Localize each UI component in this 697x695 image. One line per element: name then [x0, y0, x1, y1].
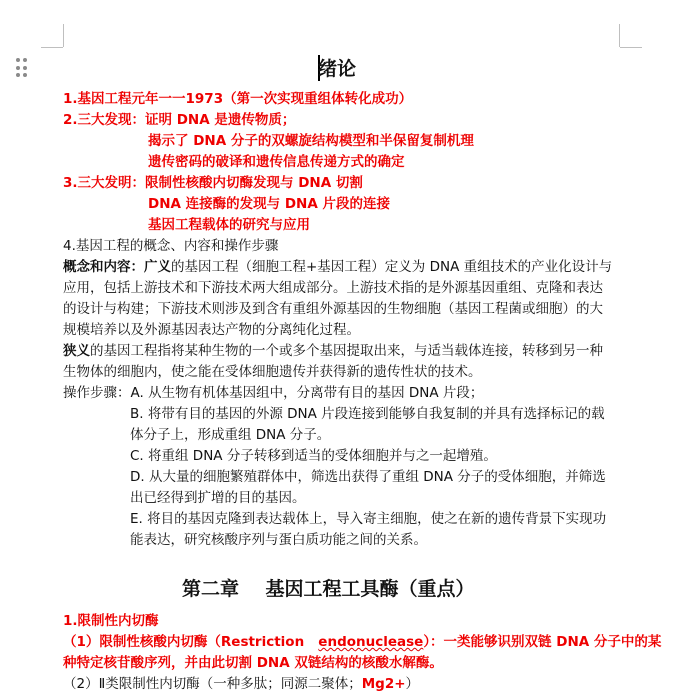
page-crop-mark-top-left	[41, 47, 63, 48]
steps-label: 操作步骤：	[63, 385, 131, 401]
paragraph-line: 的基因工程（细胞工程+基因工程）定义为 DNA 重组技术的产业化设计与	[171, 259, 612, 275]
page-crop-mark-top-left	[63, 24, 64, 47]
narrow-label: 狭义	[63, 343, 90, 359]
broad-label: 广义	[144, 259, 171, 275]
step-b: B. 将带有目的基因的外源 DNA 片段连接到能够自我复制的并具有选择标记的载	[130, 404, 605, 424]
spellcheck-word[interactable]: endonuclease	[318, 634, 423, 650]
paragraph-line: 生物体的细胞内，使之能在受体细胞遗传并获得新的遗传性状的技术。	[63, 362, 482, 382]
paragraph-text: ）	[406, 676, 420, 692]
paragraph-text: ）：一类能够识别双链 DNA 分子中的某	[423, 634, 661, 650]
ch2-paragraph-2: （2）Ⅱ类限制性内切酶（一种多肽；同源二聚体；Mg2+）	[63, 674, 419, 694]
paragraph-line: 规模培养以及外源基因表达产物的分离纯化过程。	[63, 320, 360, 340]
ch2-paragraph-1: （1）限制性核酸内切酶（Restriction endonuclease）：一类…	[63, 632, 661, 652]
steps-line: 操作步骤：A. 从生物有机体基因组中，分离带有目的基因 DNA 片段；	[63, 383, 483, 403]
page-crop-mark-top-right	[620, 47, 642, 48]
paragraph-text: （2）Ⅱ类限制性内切酶（一种多肽；同源二聚体；	[63, 676, 362, 692]
step-d: D. 从大量的细胞繁殖群体中，筛选出获得了重组 DNA 分子的受体细胞，并筛选	[130, 467, 606, 487]
step-e-cont: 能表达，研究核酸序列与蛋白质功能之间的关系。	[130, 530, 427, 550]
ch2-heading-1: 1.限制性内切酶	[63, 611, 159, 631]
page-crop-mark-top-right	[619, 24, 620, 47]
intro-item-3-line: 基因工程载体的研究与应用	[148, 215, 310, 235]
intro-item-1: 1.基因工程元年一一1973（第一次实现重组体转化成功）	[63, 89, 412, 109]
intro-item-3: 3.三大发明：限制性核酸内切酶发现与 DNA 切割	[63, 173, 363, 193]
item-label: 2.三大发现：	[63, 112, 145, 128]
item-label: 3.三大发明：	[63, 175, 145, 191]
chapter2-title: 第二章 基因工程工具酶（重点）	[182, 574, 474, 601]
step-b-cont: 体分子上，形成重组 DNA 分子。	[130, 425, 330, 445]
step-c: C. 将重组 DNA 分子转移到适当的受体细胞并与之一起增殖。	[130, 446, 497, 466]
intro-item-2: 2.三大发现：证明 DNA 是遗传物质；	[63, 110, 295, 130]
highlight-text: Mg2+	[362, 676, 406, 692]
paragraph-line: 的设计与构建；下游技术则涉及到含有重组外源基因的生物细胞（基因工程菌或细胞）的大	[63, 299, 603, 319]
item-line: 证明 DNA 是遗传物质；	[145, 112, 295, 128]
concept-line: 概念和内容：广义的基因工程（细胞工程+基因工程）定义为 DNA 重组技术的产业化…	[63, 257, 612, 277]
drag-handle-icon[interactable]	[16, 58, 30, 78]
step-a: A. 从生物有机体基因组中，分离带有目的基因 DNA 片段；	[131, 385, 484, 401]
intro-title: 绪论	[318, 54, 356, 81]
intro-item-3-line: DNA 连接酶的发现与 DNA 片段的连接	[148, 194, 390, 214]
paragraph-line: 应用，包括上游技术和下游技术两大组成部分。上游技术指的是外源基因重组、克隆和表达	[63, 278, 603, 298]
step-d-cont: 出已经得到扩增的目的基因。	[130, 488, 306, 508]
narrow-line: 狭义的基因工程指将某种生物的一个或多个基因提取出来，与适当载体连接，转移到另一种	[63, 341, 603, 361]
paragraph-line: 的基因工程指将某种生物的一个或多个基因提取出来，与适当载体连接，转移到另一种	[90, 343, 603, 359]
step-e: E. 将目的基因克隆到表达载体上，导入寄主细胞，使之在新的遗传背景下实现功	[130, 509, 606, 529]
concept-label: 概念和内容：	[63, 259, 144, 275]
item-line: 限制性核酸内切酶发现与 DNA 切割	[145, 175, 363, 191]
intro-item-2-line: 揭示了 DNA 分子的双螺旋结构模型和半保留复制机理	[148, 131, 474, 151]
paragraph-text: （1）限制性核酸内切酶（Restriction	[63, 634, 318, 650]
intro-item-2-line: 遗传密码的破译和遗传信息传递方式的确定	[148, 152, 405, 172]
section4-title: 4.基因工程的概念、内容和操作步骤	[63, 236, 278, 256]
ch2-paragraph-1-cont: 种特定核苷酸序列，并由此切割 DNA 双链结构的核酸水解酶。	[63, 653, 443, 673]
